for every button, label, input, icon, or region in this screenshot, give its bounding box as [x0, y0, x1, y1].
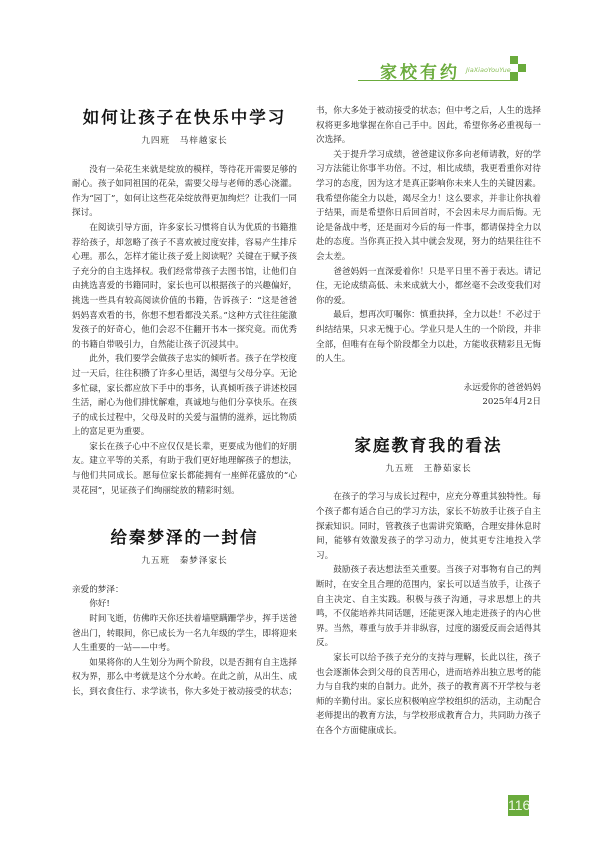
paragraph: 时间飞逝，仿佛昨天你还扶着墙壁蹒跚学步，挥手送爸爸出门，转眼间，你已成长为一名九…	[72, 612, 297, 656]
right-column: 书，你大多处于被动接受的状态；但中考之后，人生的选择权将更多地掌握在你自己手中。…	[316, 104, 541, 739]
paragraph: 鼓励孩子表达想法至关重要。当孩子对事物有自己的判断时，在安全且合理的范围内，家长…	[316, 563, 541, 651]
paragraph: 此外，我们要学会做孩子忠实的倾听者。孩子在学校度过一天后，往往积攒了许多心里话，…	[72, 352, 297, 440]
article-family-education: 家庭教育我的看法 九五班 王静茹家长 在孩子的学习与成长过程中，应充分尊重其独特…	[316, 434, 541, 739]
section-header: 家校有约 JiaXiaoYouYue	[358, 56, 558, 86]
article-letter: 给秦梦泽的一封信 九五班 秦梦泽家长 亲爱的梦泽： 你好! 时间飞逝，仿佛昨天你…	[72, 526, 297, 700]
letter-signature: 永远爱你的爸爸妈妈	[316, 381, 541, 396]
logo-square-icon	[510, 56, 518, 64]
paragraph: 如果将你的人生划分为两个阶段，以是否拥有自主选择权为界，那么中考就是这个分水岭。…	[72, 656, 297, 700]
paragraph: 家长可以给予孩子充分的支持与理解，长此以往，孩子也会逐渐体会到父母的良苦用心，进…	[316, 651, 541, 739]
logo-square-icon	[510, 72, 518, 81]
article-title: 家庭教育我的看法	[316, 434, 541, 458]
paragraph-continued: 书，你大多处于被动接受的状态；但中考之后，人生的选择权将更多地掌握在你自己手中。…	[316, 104, 541, 148]
letter-salutation: 亲爱的梦泽：	[72, 583, 297, 598]
logo-square-icon	[518, 64, 526, 72]
left-column: 如何让孩子在快乐中学习 九四班 马梓越家长 没有一朵花生来就是绽放的模样，等待花…	[72, 106, 297, 700]
article-title: 给秦梦泽的一封信	[72, 526, 297, 550]
paragraph: 最后，想再次叮嘱你：慎重抉择，全力以赴！不必过于纠结结果，只求无愧于心。学业只是…	[316, 308, 541, 366]
article-author: 九五班 秦梦泽家长	[72, 554, 297, 569]
paragraph: 在阅读引导方面，许多家长习惯将自认为优质的书籍推荐给孩子，却忽略了孩子不喜欢被过…	[72, 221, 297, 352]
article-title: 如何让孩子在快乐中学习	[72, 106, 297, 130]
page-number: 116	[508, 795, 529, 816]
paragraph: 爸爸妈妈一直深爱着你！只是平日里不善于表达。请记住，无论成绩高低、未来成就大小，…	[316, 265, 541, 309]
article-happy-learning: 如何让孩子在快乐中学习 九四班 马梓越家长 没有一朵花生来就是绽放的模样，等待花…	[72, 106, 297, 498]
article-author: 九五班 王静茹家长	[316, 462, 541, 477]
paragraph: 关于提升学习成绩，爸爸建议你多向老师请教，好的学习方法能让你事半功倍。不过，相比…	[316, 148, 541, 265]
paragraph: 家长在孩子心中不应仅仅是长辈，更要成为他们的好朋友。建立平等的关系，有助于我们更…	[72, 440, 297, 498]
paragraph: 没有一朵花生来就是绽放的模样，等待花开需要足够的耐心。孩子如同祖国的花朵，需要父…	[72, 163, 297, 221]
letter-greeting: 你好!	[72, 597, 297, 612]
article-author: 九四班 马梓越家长	[72, 134, 297, 149]
paragraph: 在孩子的学习与成长过程中，应充分尊重其独特性。每个孩子都有适合自己的学习方法，家…	[316, 490, 541, 563]
section-pinyin: JiaXiaoYouYue	[466, 66, 511, 74]
letter-date: 2025年4月2日	[316, 395, 541, 410]
section-title: 家校有约	[380, 58, 460, 83]
